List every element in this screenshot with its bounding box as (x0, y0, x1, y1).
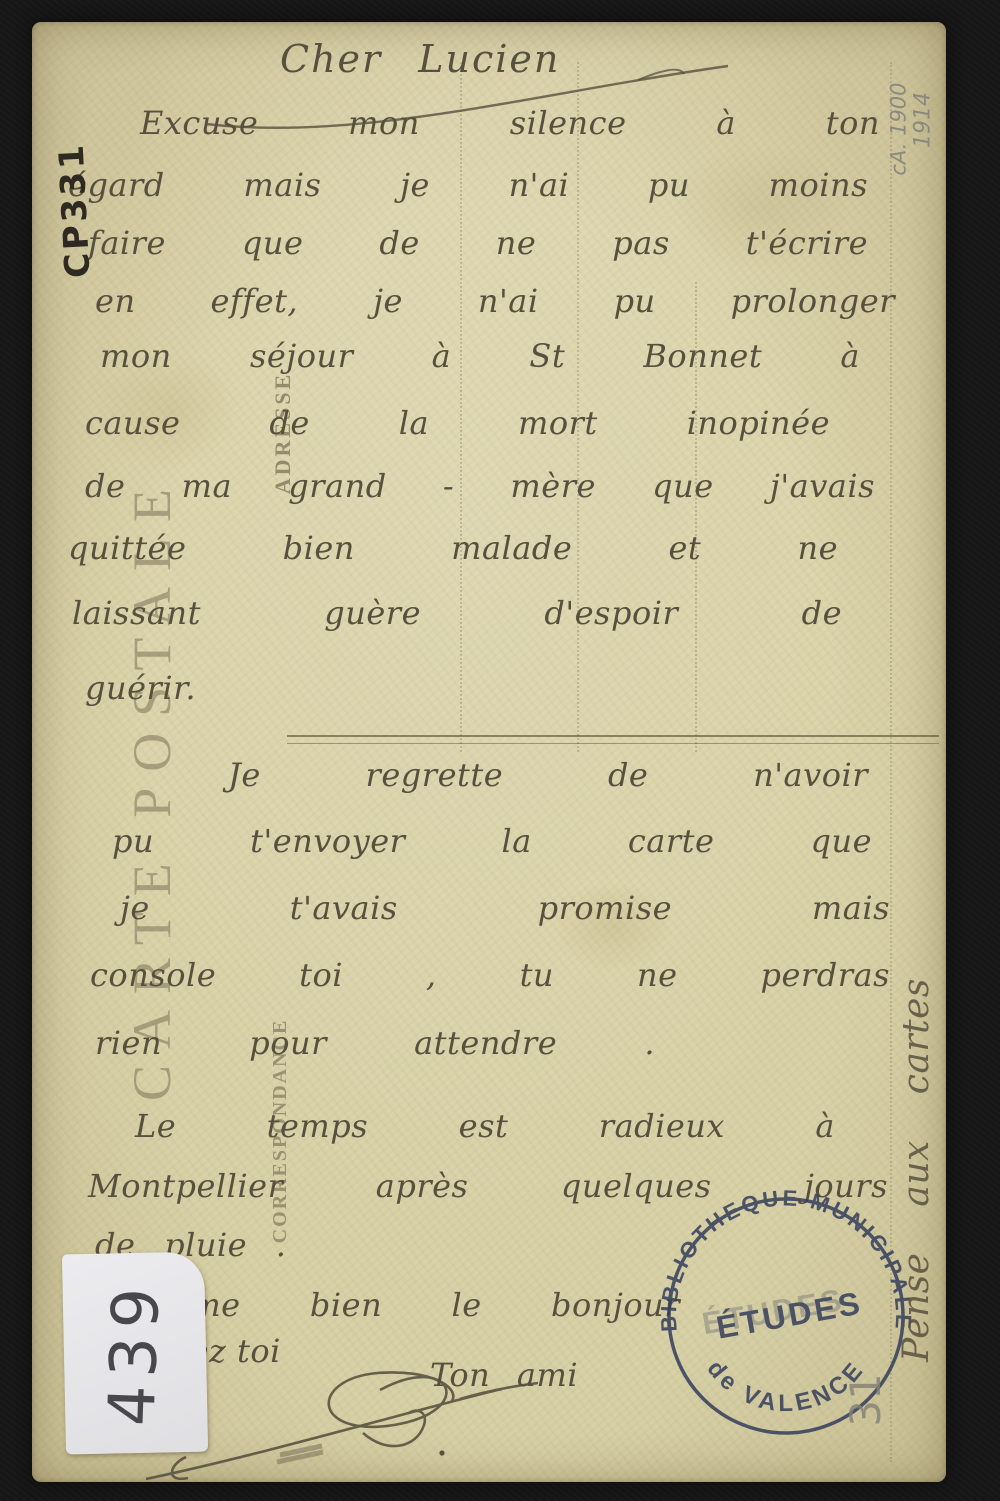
message-line: rien pour attendre . (95, 1020, 655, 1066)
message-line: cause de la mort inopinée (85, 400, 830, 446)
message-line: aime bien le bonjour (160, 1282, 680, 1328)
message-line: faire que de ne pas t'écrire (88, 220, 868, 266)
archival-label-number: 439 (97, 1267, 173, 1439)
pencil-date-annotation: 1914 (912, 78, 936, 163)
scan-background: CARTE POSTALE ADRESSE CORRESPONDANCE Che… (0, 0, 1000, 1501)
message-line: laissant guère d'espoir de (72, 590, 842, 636)
pencil-date-annotation: cA. 1900 (887, 72, 911, 187)
postcard: CARTE POSTALE ADRESSE CORRESPONDANCE Che… (32, 22, 946, 1482)
message-line: guérir. (85, 665, 196, 711)
message-line: égard mais je n'ai pu moins (68, 162, 868, 208)
message-line: Le temps est radieux à (135, 1103, 835, 1149)
message-line: Excuse mon silence à ton (140, 100, 880, 146)
address-divider-line (287, 735, 939, 744)
message-line: je t'avais promise mais (120, 885, 890, 931)
message-line: en effet, je n'ai pu prolonger (95, 278, 895, 324)
message-line: de ma grand - mère que j'avais (85, 463, 875, 509)
bottom-right-pencil-number: 31 (843, 1355, 889, 1445)
message-line: quittée bien malade et ne (68, 525, 838, 571)
message-line: mon séjour à St Bonnet à (100, 333, 860, 379)
message-line: Je regrette de n'avoir (228, 752, 868, 798)
signature-flourish (130, 1335, 650, 1485)
shelfmark-code: CP331 (49, 134, 101, 286)
message-line: pu t'envoyer la carte que (112, 818, 872, 864)
message-line: console toi , tu ne perdras (90, 952, 890, 998)
right-edge-note: Pense aux cartes (897, 860, 937, 1480)
